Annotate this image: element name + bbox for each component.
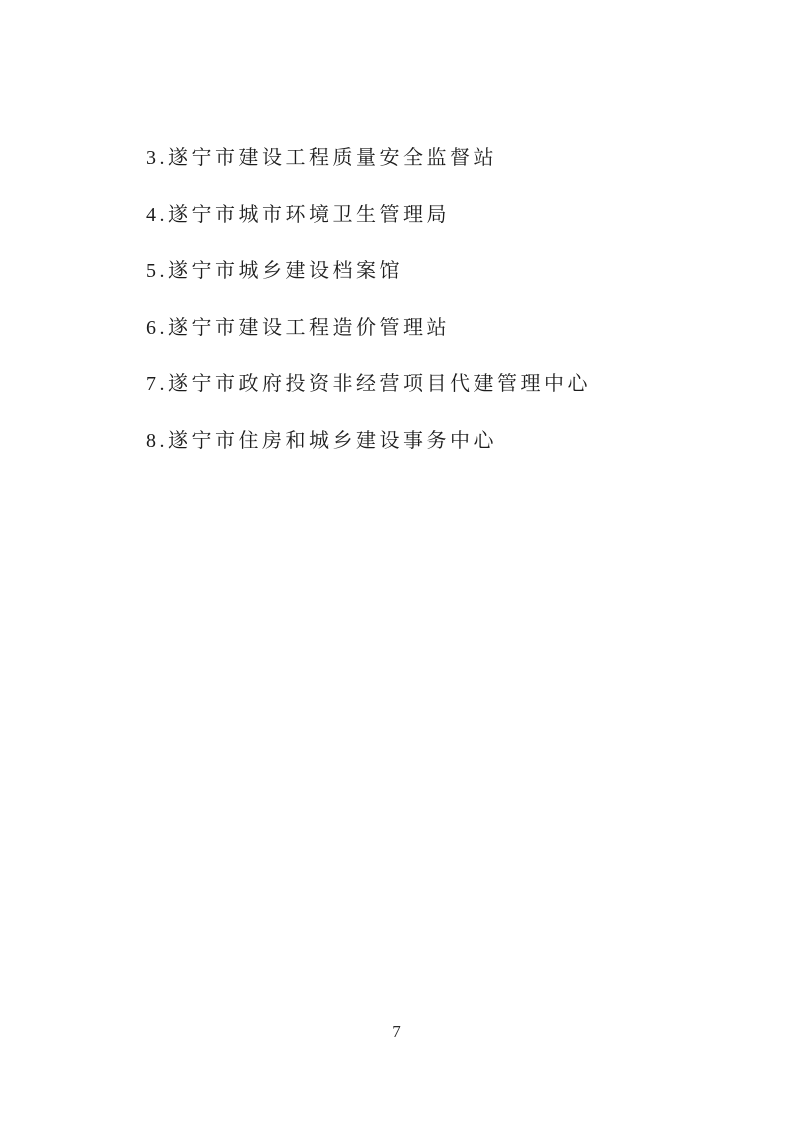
list-item: 8.遂宁市住房和城乡建设事务中心 (146, 429, 706, 453)
list-item: 3.遂宁市建设工程质量安全监督站 (146, 146, 706, 170)
list-item: 6.遂宁市建设工程造价管理站 (146, 316, 706, 340)
page-number: 7 (0, 1022, 793, 1042)
list-item: 7.遂宁市政府投资非经营项目代建管理中心 (146, 372, 706, 396)
list-item: 5.遂宁市城乡建设档案馆 (146, 259, 706, 283)
organization-list: 3.遂宁市建设工程质量安全监督站 4.遂宁市城市环境卫生管理局 5.遂宁市城乡建… (146, 146, 706, 485)
document-page: 3.遂宁市建设工程质量安全监督站 4.遂宁市城市环境卫生管理局 5.遂宁市城乡建… (0, 0, 793, 1122)
list-item: 4.遂宁市城市环境卫生管理局 (146, 203, 706, 227)
